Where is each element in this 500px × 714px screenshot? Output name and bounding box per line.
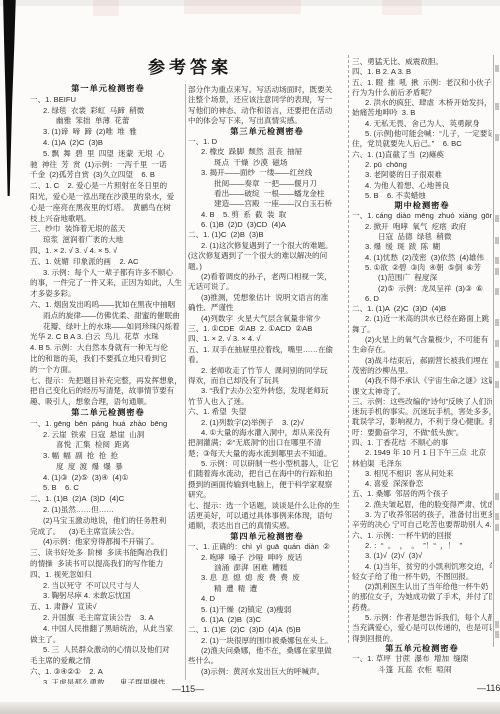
answer-line: 3. 相见不相识 客从何处来 (352, 469, 492, 479)
answer-line: 批阅——奏章 一把——偃月刀 (188, 179, 346, 189)
answer-line: 一、1. 草坪 甘蔗 瀑布 增加 缝隙 (352, 654, 492, 664)
answer-line: 七、提示：先把题目补充完整，再发挥想象， (30, 376, 186, 387)
answer-line: (3)推测，凭想象估计 说明文语言的准 (188, 293, 346, 303)
answer-line: 六、1. 烟囱发出呜呜——犹如在黑夜中抽咽 (30, 300, 186, 311)
answer-line: 的事，一件完了一件又来，正因为如此，人生 (30, 278, 186, 289)
answer-line: 6. (1)A (2)B (3)C (188, 615, 346, 625)
column-divider (348, 55, 349, 643)
answer-line: 6. (1)B (2)D (3)CD (4)A (188, 220, 346, 230)
answer-line: 的情操 多读书可以提高我们的写作能力 (30, 559, 186, 570)
answer-line: 三、1. ①CDE ②AB 2. ①ACD ②AB (188, 324, 346, 334)
answer-line: 幽雅 笨拙 单薄 花蕾 (30, 116, 186, 127)
answer-line: 4. 为他人着想、心地善良 (352, 181, 492, 191)
answer-line: 5. (示例)他可能会喊：“儿子，一定要记 (352, 129, 492, 139)
answer-line: 五、1. 双手在抽屉里拉着线，嘴里……在偷 (188, 345, 346, 355)
answer-line: 雨点的旋律——仿佛优柔、甜蜜的催眠曲 (30, 311, 186, 322)
answer-line: 3. 鞠躬尽瘁 4. 未敢忘忧国 (30, 591, 186, 602)
section-header: 期中检测密卷 (352, 201, 492, 211)
answer-line: 七、提示：选一个话题，谈谈是什么让你的生 (188, 501, 346, 511)
answer-line: 精 遭 精 遭 (188, 584, 346, 594)
answer-line: 确性、严谨性 (188, 303, 346, 313)
answer-line: 喜悦 汇集 检阅 距离 (30, 440, 186, 451)
answer-line: 2. (1)近一米高的洪水已经在路面上跳 (352, 314, 492, 324)
answer-line: 2. 咆哮 嗓子 沙哑 呻吟 废话 (188, 553, 346, 563)
answer-line: 五、1. 瞪 推 吼 揪 示例：老汉和小伙子的 (352, 78, 492, 88)
answer-line: 3. 为了收养邻居的孩子，准备付出更多 (352, 510, 492, 520)
answer-line: 六、1. 希望 失望 (188, 407, 346, 417)
answer-line: 二、1. (1)B (2)A (3)D (4)C (30, 494, 186, 505)
answer-line: 部分作为重点来写。写活动场面时，既要关 (188, 85, 346, 95)
answer-line: 行为为什么前后矛盾呢？ (352, 88, 492, 98)
answer-line: 2. 洪水的疯狂、肆虐 木桥开始发抖，开 (352, 98, 492, 108)
answer-line: 4. 喜爱 深深眷恋 (352, 479, 492, 489)
answer-line: 2. 当以死守 不可以尺寸与人 (30, 581, 186, 592)
answer-line: 始痛苦地呻吟 3. B (352, 108, 492, 118)
answer-line: (2)马宝玉激动地说，他们的任务胜利 (30, 516, 186, 527)
answer-line: 当充满爱心，爱心是可以传递的，也是可以 (352, 623, 492, 633)
answer-line: 4. D (188, 594, 346, 604)
answer-line: 4. (1)忧愁 (2)茂密 (3)依然 (4)雄伟 (352, 253, 492, 263)
answer-line: (2)看着调皮的孙子，老两口相视一笑， (188, 272, 346, 282)
answer-line: 无话可说了。 (188, 282, 346, 292)
answer-line: 林伯渠 毛泽东 (352, 459, 492, 469)
answer-line: 茂密的沙柳丛里。 (352, 366, 492, 376)
edge-glyph-fragment (495, 621, 499, 628)
answer-line: 活更美好，可以通过具体事例来体现，语句 (188, 511, 346, 521)
section-header: 第四单元检测密卷 (188, 532, 346, 542)
answer-line: (4)示例：他家穷得都揭不开锅了。 (30, 537, 186, 548)
answer-line: 些什么。 (188, 656, 346, 666)
answer-line: (2)凯利医生认出了当年给他一杯牛奶 (352, 582, 492, 592)
answer-line: 五、1. 桑娜 邻居的两个孩子 (352, 489, 492, 499)
answer-line: 一、1. 正确的：chì yì guā quán diàn ② (188, 542, 346, 552)
answer-line: 4. (1)A (2)C (3)B (30, 138, 186, 149)
answer-line: 二、1. C 2. 爱心是一片照射在冬日里的 (30, 181, 186, 192)
answer-line: 2. 掀开 咆哮 氧气 疙瘩 政府 (352, 222, 492, 232)
answer-line: 楚；③每天大量的海水流到哪里去不知道。 (188, 449, 346, 459)
answer-line: 光华 2. C B A 3. 白云 鸟儿 花草 水珠 (30, 332, 186, 343)
answer-line: (3)战斗结束后，郝副营长被我们埋在 (352, 356, 492, 366)
answer-line: 建造——宫殿 一座——汉白玉石桥 (188, 199, 346, 209)
edge-glyph-fragment (495, 631, 499, 638)
answer-line: 毛主席的爱戴之情 (30, 656, 186, 667)
answer-line: 注整个场景，还应该注意同学的表现，写一 (188, 95, 346, 105)
answer-line: 2. (1)这次修复遇到了一个很大的难题。 (188, 241, 346, 251)
answer-line: 2. (1)一块很厚的围巾被桑娜包在头上。 (188, 636, 346, 646)
answer-line: 六、1. (1)直截了当 (2)瘫痪 (352, 150, 492, 160)
answer-line: 中的体会写下来，写出真情实感。 (188, 116, 346, 126)
answer-line: 一、1. D (188, 137, 346, 147)
scan-stamp-smudge (382, 0, 422, 15)
answer-line: 课文太神奇了。 (352, 387, 492, 397)
answer-line: 摄到的画面传输到电脑上，便于科学家观察 (188, 480, 346, 490)
answer-line: 研究。 (188, 490, 346, 500)
answer-line: 3. 示例：每个人一辈子都有许多不顺心 (30, 268, 186, 279)
answer-line: 3. 老阿婆的日子很艰难 (352, 170, 492, 180)
answer-line: (2)⑤ 示例：龙凤呈祥 (3)③ ⑥ (352, 284, 492, 294)
answer-line: 2. 渔夫皱起眉，他的脸变得严肃、忧虑。 (352, 500, 492, 510)
page-edge-rule (493, 55, 494, 647)
answer-line: 药费。 (352, 603, 492, 613)
answer-line: 一、1. cáng diào mēng zhuó xiàng gōng (352, 211, 492, 221)
edge-glyph-fragment (495, 65, 499, 72)
answer-line: 阳光，爱心是一泓出现在沙漠里的泉水，爱 (30, 192, 186, 203)
answer-line: 一、1. gēng bēn páng huá zhào bēng (30, 419, 186, 430)
answer-line: 比的和谐的美，我们不要孤立地只看到它 (30, 354, 186, 365)
answer-line: 5. B 6. 不卖蜡烛 (352, 191, 492, 201)
answer-line: 2. 升国旗 毛主席宣读公告 3. A (30, 613, 186, 624)
answer-line: 轻女子给了他一杯牛奶，不图回报。 (352, 572, 492, 582)
answers-column-2: 部分作为重点来写。写活动场面时，既要关注整个场景，还应该注意同学的表现，写一写他… (188, 85, 346, 685)
answer-line: 二、1. (1)E (2)C (3)D (4)A (5)B (188, 625, 346, 635)
answer-line: 二、1. (1)C (2)B (3)B (188, 230, 346, 240)
answer-line: 迷玩手机的事实。沉迷玩手机，害处多多，如 (352, 407, 492, 417)
answer-line: 花瓣、绿叶上的水珠——如同珍珠闪烁着 (30, 322, 186, 333)
answer-line: 2. 云崖 铁索 日寇 悬崖 山洞 (30, 430, 186, 441)
answers-column-1: 第一单元检测密卷一、1. BEIFU2. 绿毯 衣裳 彩虹 马蹄 稍微幽雅 笨拙… (30, 84, 186, 684)
answer-line: (这次修复遇到了一个很大的难以解决的问 (188, 251, 346, 261)
answer-line: 四、1. 丁香花结 不顺心的事 (352, 438, 492, 448)
answer-line: 吁：要勤奋学习，不做“低头族”。 (352, 428, 492, 438)
answer-line: 4. 中国人民推翻了黑暗统治，从此当家 (30, 624, 186, 635)
answer-line: 心是一座亮在黑夜里的灯塔。 黄鹂鸟在树 (30, 203, 186, 214)
edge-glyph-fragment (495, 381, 499, 388)
edge-glyph-fragment (495, 103, 499, 110)
section-header: 第三单元检测密卷 (188, 127, 346, 137)
answer-line: (3)示例：黄河水发出巨大的呼喊声。 (188, 667, 346, 677)
edge-glyph-fragment (495, 134, 499, 141)
answer-line: 千金 (2)孤芳自赏 (3)久立四望 6. B (30, 170, 186, 181)
answer-line: 看出——破绽 一根——蟠龙金柱 (188, 189, 346, 199)
answer-line: 5. ①欲 ②碧 ③肉 ④朝 ⑤倒 ⑥芳 (352, 263, 492, 273)
answer-line: 日寇 品德 绿毯 稍微 (352, 232, 492, 242)
answer-line: 汹涌 澎湃 困难 糟糕 (188, 563, 346, 573)
answer-line: 5. 示例：作者是想告诉我们，每个人都应 (352, 613, 492, 623)
answer-line: 趣、吸引人，想象合理，语句通顺。 (30, 397, 186, 408)
answer-line: (4)列数字 火星大气层含氧量非常少 (188, 314, 346, 324)
answer-line: 二、1. (1)A (2)C (3)D (4)B (352, 304, 492, 314)
answer-line: (4)我不得不承认《宇宙生命之谜》这篇 (352, 376, 492, 386)
answer-line: 3. 幅 幅 副 抢 抢 抢 (30, 451, 186, 462)
answer-line: 5. 飘 舞 碧 里 四望 迷蒙 无垠 心 (30, 149, 186, 160)
answer-line: 3. (1)谛 啼 蹄 (2)唯 堆 雅 (30, 127, 186, 138)
edge-glyph-fragment (495, 268, 499, 275)
answer-line: 们随着海水流动，把自己在海中的行踪和拍 (188, 469, 346, 479)
edge-glyph-fragment (495, 340, 499, 347)
answer-line: 做主了。 (30, 635, 186, 646)
page-number-right: —116— (477, 683, 500, 693)
answer-line: 2. 绿毯 衣裳 彩虹 马蹄 稍微 (30, 106, 186, 117)
answer-line: 4. B 5. 示例：大自然本身就有一种无与伦 (30, 343, 186, 354)
answer-line: 三、勇猛无比、威震敌胆。 (352, 57, 492, 67)
section-header: 第五单元检测密卷 (352, 644, 492, 654)
answer-line: 4. B 5. 剪 系 截 装 取 (188, 210, 346, 220)
answer-line: 写他们的神态、动作和语言，还要把在活动 (188, 106, 346, 116)
answer-line: 3. “我们”去办公室外转悠，发现老师玩 (188, 386, 346, 396)
answer-line: 得欢，而自己却没有了玩具 (188, 376, 346, 386)
answer-line: 通顺，表达出自己的真情实感。 (188, 521, 346, 531)
answer-line: 舞了。 (352, 325, 492, 335)
answer-line: 五、1. 肃静√ 宣读√ (30, 602, 186, 613)
edge-glyph-fragment (495, 361, 499, 368)
answer-line: 得到回报的。 (352, 634, 492, 644)
answer-line: 5. 示例：可以研制一些小型机器人，让它 (188, 459, 346, 469)
scanned-answer-page: 参考答案 第一单元检测密卷一、1. BEIFU2. 绿毯 衣裳 彩虹 马蹄 稍微… (0, 0, 500, 714)
answer-line: 的那位女子，为她成功做了手术，并付了医 (352, 592, 492, 602)
answer-line: 2. (1)列数字(2)举例子 3. (2)√ (188, 418, 346, 428)
answer-line: 枝上兴奋地歌唱。 (30, 214, 186, 225)
edge-glyph-fragment (495, 513, 499, 520)
answer-line: 6. D (352, 294, 492, 304)
answer-line: 四、1. 视死忽如归 (30, 570, 186, 581)
answer-line: 5. B 6. C (30, 483, 186, 494)
answer-line: 2. 橡皮 跺脚 颓然 沮丧 抽屉 (188, 147, 346, 157)
edge-glyph-fragment (495, 319, 499, 326)
answer-line: 四、1. B 2. A 3. B (352, 67, 492, 77)
answer-line: 五、1. 妩媚 印象派的画 2. AC (30, 257, 186, 268)
answer-line: (2)火星上的氧气含量极少，不可能有 (352, 335, 492, 345)
answer-line: 三、读书好处多 阶梯 多读书能陶冶我们 (30, 548, 186, 559)
answer-line: 度 度 渡 爆 爆 暴 (30, 462, 186, 473)
answer-line: 斑点 干燥 沙漠 磁场 (188, 158, 346, 168)
answer-line: 四、1. × 2. √ 3. × 4. √ (188, 334, 346, 344)
answer-line: 4. 无私无畏、舍己为人、英勇献身 (352, 119, 492, 129)
section-header: 第二单元检测密卷 (30, 408, 186, 419)
scan-stamp-smudge (93, 0, 119, 16)
answer-line: 生命存在。 (352, 345, 492, 355)
answer-line: 题。) (188, 262, 346, 272)
edge-glyph-fragment (495, 257, 499, 264)
page-number-left: —115— (158, 684, 218, 694)
answer-line: (1)范围广 程度深 (352, 273, 492, 283)
answer-line: 4. (1)当年，贫穷的小凯利饥寒交迫，年 (352, 562, 492, 572)
answer-line: 三、示例：这些改编的“诗句”反映了人们沉 (352, 397, 492, 407)
answer-line: 把洞灌满；②“无底洞”的出口在哪里不清 (188, 438, 346, 448)
answer-line: 三、纱巾 装饰着无垠的蓝天 (30, 224, 186, 235)
section-header: 第一单元检测密卷 (30, 84, 186, 95)
edge-glyph-fragment (495, 237, 499, 244)
scan-spine-artifact (2, 0, 16, 202)
answer-line: 5. (1)干燥 (2)镇定 (3)瘦弱 (188, 605, 346, 615)
answer-line: 一、1. BEIFU (30, 95, 186, 106)
answer-line: 4. ①大量的海水灌入洞中，却从来没有 (188, 428, 346, 438)
answer-line: 竹节人也入了迷。 (188, 397, 346, 407)
answer-line: 四、1. × 2. √ 3. √ 4. × 5. √ (30, 246, 186, 257)
answer-line: 辛劳的决心 宁可自己吃苦也要帮助别人 4. C (352, 520, 492, 530)
answer-line: 2. 1949 年 10 月 1 日下午三点 北京 (352, 448, 492, 458)
scan-stamp-smudge (184, 0, 301, 14)
answer-line: 把自己变化后的经历写清楚，故事情节要有 (30, 386, 186, 397)
answer-line: 琼浆 滋润着广袤的大地 (30, 235, 186, 246)
answer-line: 5. 三 人民群众激动的心情以及他们对 (30, 645, 186, 656)
edge-glyph-fragment (495, 524, 499, 531)
edge-glyph-fragment (495, 288, 499, 295)
answer-line: 4. (1)③ (2)⑤ (3)④ (4)① (30, 473, 186, 484)
answer-line: 耽误学习，影响视力，不利于身心健康。我呼 (352, 417, 492, 427)
answer-line: (2)渔夫问桑娜，他不在，桑娜在家里做 (188, 646, 346, 656)
answer-line: 完成了。 (3)毛主席宣读公告。 (30, 527, 186, 538)
edge-glyph-fragment (495, 493, 499, 500)
answer-line: 3. (1)√ (2)√ (3)√ (352, 551, 492, 561)
answer-line: 看。 (188, 355, 346, 365)
answer-line: 2. (1)虽然……但…… (30, 505, 186, 516)
answer-line: 才多姿多彩。 (30, 289, 186, 300)
edge-glyph-fragment (495, 215, 499, 222)
answer-line: 斗篷 瓦蓝 衣柜 喧闹 (352, 665, 492, 675)
answer-line: 驰 神往 芳 赏 (1)示例：一泻千里 一诺 (30, 160, 186, 171)
answer-line: 的一个方面。 (30, 365, 186, 376)
answer-line: 2. pū chōng (352, 160, 492, 170)
answer-line: 六、1. ③④②① 2. A (30, 667, 186, 678)
answers-column-3: 三、勇猛无比、威震敌胆。四、1. B 2. A 3. B五、1. 瞪 推 吼 揪… (352, 57, 492, 689)
answer-line: 3. 爆 缓 斑 跋 陈 糊 (352, 242, 492, 252)
answer-line: 住，党员就要先人后己。” 6. BC (352, 139, 492, 149)
page-title: 参考答案 (128, 53, 252, 78)
answer-line: 3. 揭开——面纱 一缕——红丝线 (188, 168, 346, 178)
scan-bottom-shade (0, 702, 500, 714)
answer-line: 2. 老师收走了竹节人 课间别的同学玩 (188, 366, 346, 376)
answer-line: 3. 息 息 熄 熄 废 费 费 废 (188, 573, 346, 583)
answer-line: 六、1. 示例：一杯牛奶的回报 (352, 531, 492, 541)
answer-line: 2. ：“ 。 ， 。 ”！“ ，！ ” (352, 541, 492, 551)
